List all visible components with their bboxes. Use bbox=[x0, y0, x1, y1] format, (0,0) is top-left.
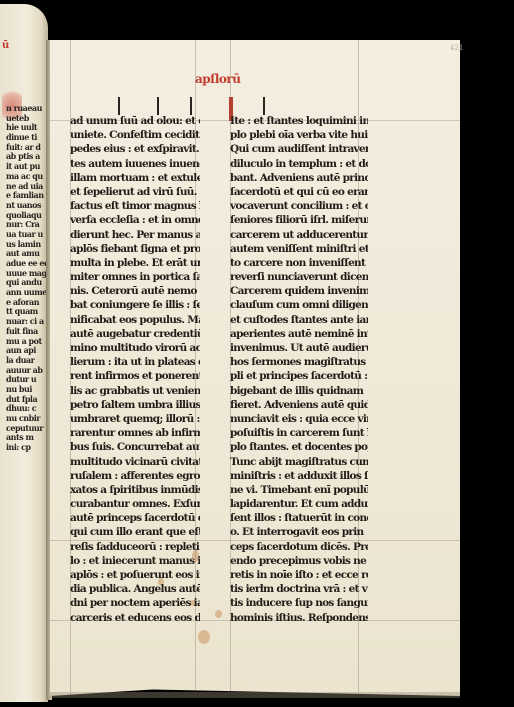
text-line: dhuu: c bbox=[6, 404, 48, 414]
text-line: xatos a ſpiritibus inmūdis : qui bbox=[70, 483, 200, 497]
text-line: bant. Adveniens autē princeps bbox=[230, 171, 368, 185]
text-line: lapidarentur. Et cum adduxiſ bbox=[230, 497, 368, 511]
text-line: clauſum cum omni diligentia : bbox=[230, 298, 368, 312]
text-line: tis inducere ſup nos ſanguinē bbox=[230, 596, 368, 610]
text-line: us lamin bbox=[6, 240, 48, 250]
text-line: reſis ſadduceorū : repleti ſunt ze bbox=[70, 540, 200, 554]
left-facing-page: ū n ruaeauuetebhie uultdinue tifuit: ar … bbox=[0, 4, 48, 702]
left-page-text: n ruaeauuetebhie uultdinue tifuit: ar da… bbox=[6, 104, 48, 453]
stain bbox=[215, 610, 222, 618]
text-line: ants m bbox=[6, 433, 48, 443]
text-line: ſacerdotū et qui cū eo erant : con bbox=[230, 185, 368, 199]
text-line: ceputuur bbox=[6, 424, 48, 434]
text-line: plo plebi oīa verba vite huius. bbox=[230, 128, 368, 142]
text-line: illam mortuam : et extulerut bbox=[70, 171, 200, 185]
ascender-stroke bbox=[157, 97, 159, 115]
text-line: pedes eius : et exſpiravit. Iutrā bbox=[70, 142, 200, 156]
text-line: hominis iſtius. Reſpondens au bbox=[230, 611, 368, 625]
text-line: nu bui bbox=[6, 385, 48, 395]
text-line: ad unum ſuū ad olou: et de bbox=[70, 114, 200, 128]
text-line: Carcerem quidem invenimus bbox=[230, 284, 368, 298]
ascender-stroke bbox=[263, 97, 265, 115]
text-line: et ſepelierut ad virū ſuū. Et bbox=[70, 185, 200, 199]
text-line: Qui cum audiſſent intraverūt bbox=[230, 142, 368, 156]
text-line: ſent illos : ſtatuerūt in concilio bbox=[230, 511, 368, 525]
text-line: retis in noīe iſto : et ecce repleſ bbox=[230, 568, 368, 582]
text-line: aplōs fiebant ſigna et prodigia bbox=[70, 242, 200, 256]
text-line: dut fpla bbox=[6, 395, 48, 405]
text-line: dutur u bbox=[6, 375, 48, 385]
text-line: fieret. Adveniens autē quidam bbox=[230, 398, 368, 412]
text-line: rarentur omnes ab infirmitati bbox=[70, 426, 200, 440]
text-line: dia publica. Angelus autē bbox=[70, 582, 200, 596]
text-line: Tunc abijt magiſtratus cum bbox=[230, 455, 368, 469]
text-line: ma ac qu bbox=[6, 172, 48, 182]
text-line: lierum : ita ut in plateas eicie bbox=[70, 355, 200, 369]
stain bbox=[198, 630, 210, 644]
ascender-stroke bbox=[190, 97, 192, 115]
text-line: dierunt hec. Per manus autē bbox=[70, 228, 200, 242]
text-line: nificabat eos populus. Magis bbox=[70, 313, 200, 327]
text-line: e famlian bbox=[6, 191, 48, 201]
text-line: ab ptis a bbox=[6, 152, 48, 162]
text-line: Ite : et ſtantes loquimini in te bbox=[230, 114, 368, 128]
text-line: petro ſaltem umbra illius ob bbox=[70, 398, 200, 412]
text-line: aut amu bbox=[6, 249, 48, 259]
text-line: e aforan bbox=[6, 298, 48, 308]
text-line: vocaverunt concilium : et omnes bbox=[230, 199, 368, 213]
text-line: carceris et educens eos dixit. bbox=[70, 611, 200, 625]
folio-number: 421 bbox=[450, 44, 463, 52]
text-line: o. Et interrogavit eos prin bbox=[230, 525, 368, 539]
running-head: apſlorū bbox=[195, 72, 240, 86]
text-line: bat coniungere ſe illis : ſed mag bbox=[70, 298, 200, 312]
text-line: multitudo vicinarū civitatū ihe bbox=[70, 455, 200, 469]
text-line: qui cum illo erant que eſt he bbox=[70, 525, 200, 539]
text-line: ne ad uia bbox=[6, 182, 48, 192]
text-line: uniete. Confeſtim cecidit aute bbox=[70, 128, 200, 142]
text-line: mino multitudo virorū ac mu bbox=[70, 341, 200, 355]
text-line: rent infirmos et ponerent in lectu bbox=[70, 369, 200, 383]
text-line: ne vi. Timebant enī populū ne bbox=[230, 483, 368, 497]
text-column-right: Ite : et ſtantes loquimini in teplo pleb… bbox=[230, 114, 368, 625]
text-line: invenimus. Ut autē audierūt bbox=[230, 341, 368, 355]
text-line: ann uumes bbox=[6, 288, 48, 298]
text-line: tis ierlm doctrina vrā : et vul bbox=[230, 582, 368, 596]
text-line: tes autem iuuenes inuenerut bbox=[70, 157, 200, 171]
text-line: nuar: ci a bbox=[6, 317, 48, 327]
text-line: reverſi nunciaverunt dicentes. bbox=[230, 270, 368, 284]
text-line: fuit: ar d bbox=[6, 143, 48, 153]
page-edge-shadow bbox=[50, 692, 460, 698]
text-line: endo precepimus vobis ne doce bbox=[230, 554, 368, 568]
text-line: it aut pu bbox=[6, 162, 48, 172]
text-line: verſa eccleſia : et in omnes qui au bbox=[70, 213, 200, 227]
text-line: lo : et iniecerunt manus in bbox=[70, 554, 200, 568]
text-line: dni per noctem aperiēs ianuas bbox=[70, 596, 200, 610]
text-line: nur: Cra bbox=[6, 220, 48, 230]
text-line: auuur ab bbox=[6, 366, 48, 376]
text-line: miter omnes in portica ſalomo bbox=[70, 270, 200, 284]
text-line: lis ac grabbatis ut veniente bbox=[70, 384, 200, 398]
text-line: to carcere non inveniſſent illos : bbox=[230, 256, 368, 270]
text-line: ceps ſacerdotum dicēs. Precepi bbox=[230, 540, 368, 554]
text-column-left: ad unum ſuū ad olou: et deuniete. Confeſ… bbox=[70, 114, 200, 625]
text-line: nu cnbir bbox=[6, 414, 48, 424]
text-line: ini: cp bbox=[6, 443, 48, 453]
text-line: bigebant de illis quidnam bbox=[230, 384, 368, 398]
text-line: pli et principes ſacerdotū : am bbox=[230, 369, 368, 383]
text-line: tt quam bbox=[6, 307, 48, 317]
text-line: plo ſtantes. et docentes populū. bbox=[230, 440, 368, 454]
text-line: mu a pot bbox=[6, 337, 48, 347]
text-line: ſeniores filiorū iſrl. miſerunt ad bbox=[230, 213, 368, 227]
text-line: qui andu bbox=[6, 278, 48, 288]
text-line: diluculo in templum : et doce bbox=[230, 157, 368, 171]
text-line: factus eſt timor magnus ī vni bbox=[70, 199, 200, 213]
text-line: ueteb bbox=[6, 114, 48, 124]
text-line: n ruaeau bbox=[6, 104, 48, 114]
text-line: aplōs : et poſuerunt eos in cuſto bbox=[70, 568, 200, 582]
text-line: poſuiſtis in carcerem ſunt ī tem bbox=[230, 426, 368, 440]
text-line: curabantur omnes. Exſurgens bbox=[70, 497, 200, 511]
text-line: aun api bbox=[6, 346, 48, 356]
text-line: nis. Ceterorū autē nemo aude bbox=[70, 284, 200, 298]
text-line: ruſalem : afferentes egros et ve bbox=[70, 469, 200, 483]
left-page-rubric: ū bbox=[2, 40, 9, 51]
text-line: hie uult bbox=[6, 123, 48, 133]
text-line: quoliaqu bbox=[6, 211, 48, 221]
text-line: ua tuar u bbox=[6, 230, 48, 240]
text-line: fuit fina bbox=[6, 327, 48, 337]
text-line: autē augebatur credentiū in do bbox=[70, 327, 200, 341]
text-line: miniſtris : et adduxit illos ſi bbox=[230, 469, 368, 483]
text-line: et cuſtodes ſtantes ante ianuas : bbox=[230, 313, 368, 327]
text-line: autē princeps ſacerdotū et oēs bbox=[70, 511, 200, 525]
text-line: nunciavit eis : quia ecce viri quos bbox=[230, 412, 368, 426]
text-line: uuue mag bbox=[6, 269, 48, 279]
text-line: aperientes autē neminē intus bbox=[230, 327, 368, 341]
text-line: umbraret quemq; illorū : et libe bbox=[70, 412, 200, 426]
text-line: dinue ti bbox=[6, 133, 48, 143]
text-line: nt uanos bbox=[6, 201, 48, 211]
text-line: la duar bbox=[6, 356, 48, 366]
text-line: autem veniſſent miniſtri et ap bbox=[230, 242, 368, 256]
text-line: adue ee ed bbox=[6, 259, 48, 269]
ascender-stroke bbox=[118, 97, 120, 115]
text-line: bus ſuis. Concurrebat autē ſ bbox=[70, 440, 200, 454]
text-line: hos ſermones magiſtratus te bbox=[230, 355, 368, 369]
text-line: carcerem ut adducerentur. Cum bbox=[230, 228, 368, 242]
text-line: multa in plebe. Et erāt unani bbox=[70, 256, 200, 270]
